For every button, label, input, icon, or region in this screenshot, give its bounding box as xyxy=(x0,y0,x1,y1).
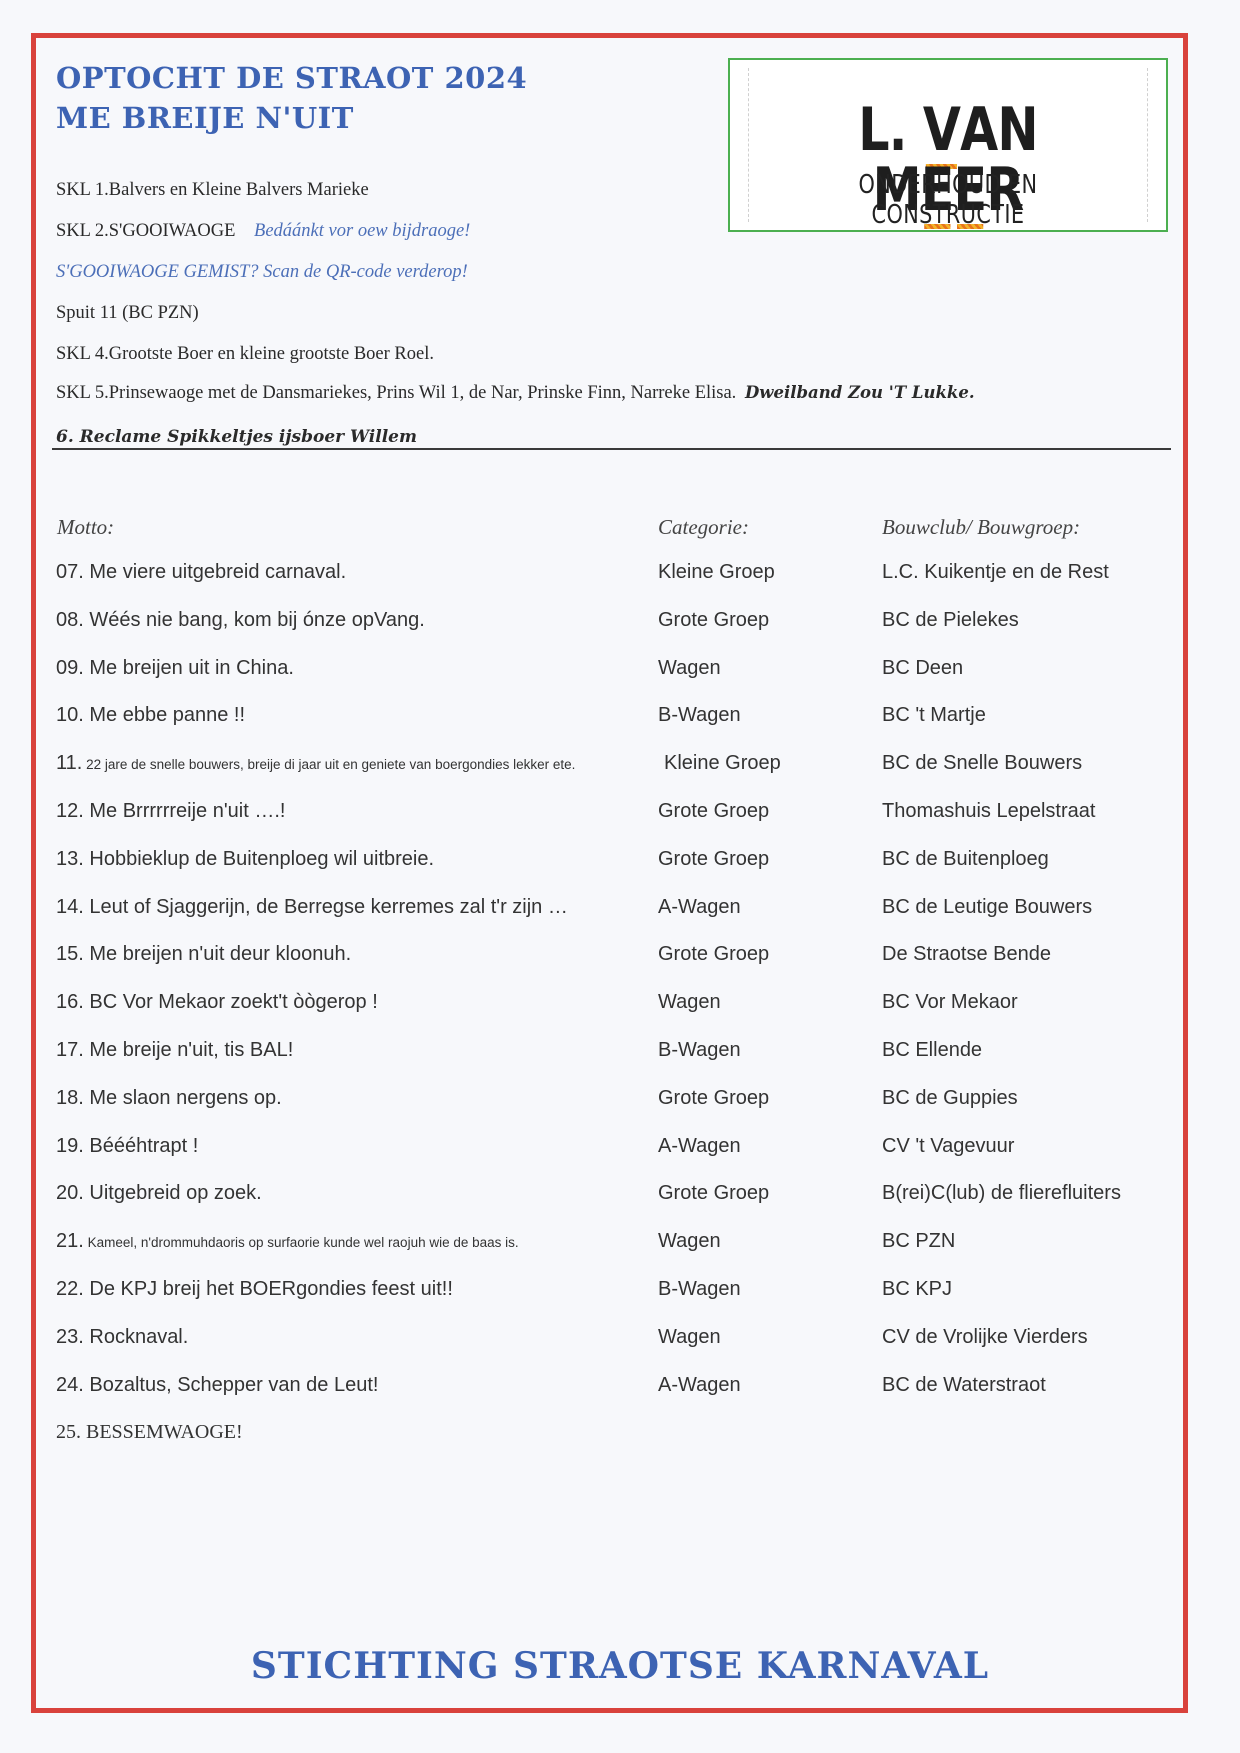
row-motto: 17. Me breije n'uit, tis BAL! xyxy=(56,1035,293,1065)
table-row: 07. Me viere uitgebreid carnaval.Kleine … xyxy=(0,557,1240,587)
row-motto-text: De KPJ breij het BOERgondies feest uit!! xyxy=(89,1278,453,1300)
row-category: Kleine Groep xyxy=(658,557,775,587)
row-number: 07. xyxy=(56,561,84,583)
table-row: 13. Hobbieklup de Buitenploeg wil uitbre… xyxy=(0,844,1240,874)
row-motto-text: Me breijen uit in China. xyxy=(89,657,294,679)
row-motto: 20. Uitgebreid op zoek. xyxy=(56,1178,262,1208)
row-number: 13. xyxy=(56,848,84,870)
row-motto-text: BC Vor Mekaor zoekt't òògerop ! xyxy=(89,991,377,1013)
row-club: CV 't Vagevuur xyxy=(882,1131,1014,1161)
row-category: Wagen xyxy=(658,987,721,1017)
row-motto: 18. Me slaon nergens op. xyxy=(56,1083,282,1113)
row-motto: 16. BC Vor Mekaor zoekt't òògerop ! xyxy=(56,987,378,1017)
row-motto-text: Me viere uitgebreid carnaval. xyxy=(89,561,346,583)
row-motto-text: Béééhtrapt ! xyxy=(89,1135,198,1157)
title-line-1: OPTOCHT DE STRAOT 2024 xyxy=(56,58,527,98)
header-club: Bouwclub/ Bouwgroep: xyxy=(882,515,1080,540)
row-category: Wagen xyxy=(658,653,721,683)
row-number: 17. xyxy=(56,1039,84,1061)
table-row: 11. 22 jare de snelle bouwers, breije di… xyxy=(0,748,1240,778)
row-motto-text: Me Brrrrrreije n'uit ….! xyxy=(89,800,285,822)
table-row: 12. Me Brrrrrreije n'uit ….!Grote GroepT… xyxy=(0,796,1240,826)
row-club: Thomashuis Lepelstraat xyxy=(882,796,1095,826)
sponsor-logo-inner: L. VAN MEER ONDERHOUD EN CONSTRUCTIE xyxy=(748,68,1148,222)
title-line-2: ME BREIJE N'UIT xyxy=(56,98,527,138)
row-motto: 09. Me breijen uit in China. xyxy=(56,653,294,683)
table-row: 19. Béééhtrapt !A-WagenCV 't Vagevuur xyxy=(0,1131,1240,1161)
intro-skl5-band: Dweilband Zou 'T Lukke. xyxy=(745,383,975,402)
table-row: 24. Bozaltus, Schepper van de Leut!A-Wag… xyxy=(0,1370,1240,1400)
table-row: 21. Kameel, n'drommuhdaoris op surfaorie… xyxy=(0,1226,1240,1256)
row-number: 14. xyxy=(56,896,84,918)
row-club: CV de Vrolijke Vierders xyxy=(882,1322,1088,1352)
intro-spuit: Spuit 11 (BC PZN) xyxy=(56,301,199,325)
intro-skl5: SKL 5.Prinsewaoge met de Dansmariekes, P… xyxy=(56,381,975,405)
row-club: BC de Buitenploeg xyxy=(882,844,1049,874)
row-number: 11. xyxy=(56,752,82,774)
row-motto-text: Hobbieklup de Buitenploeg wil uitbreie. xyxy=(89,848,434,870)
row-category: A-Wagen xyxy=(658,892,741,922)
row-club: BC Ellende xyxy=(882,1035,982,1065)
row-number: 24. xyxy=(56,1374,84,1396)
row-motto-text: Leut of Sjaggerijn, de Berregse kerremes… xyxy=(89,896,567,918)
row-motto-text: Me slaon nergens op. xyxy=(89,1087,281,1109)
row-motto: 11. 22 jare de snelle bouwers, breije di… xyxy=(56,748,575,780)
table-row: 09. Me breijen uit in China.WagenBC Deen xyxy=(0,653,1240,683)
row-number: 25. xyxy=(56,1421,81,1443)
intro-skl5-label: SKL 5.Prinsewaoge met de Dansmariekes, P… xyxy=(56,383,736,403)
row-motto: 13. Hobbieklup de Buitenploeg wil uitbre… xyxy=(56,844,434,874)
table-row: 10. Me ebbe panne !!B-WagenBC 't Martje xyxy=(0,700,1240,730)
table-row: 08. Wéés nie bang, kom bij ónze opVang.G… xyxy=(0,605,1240,635)
row-motto-text: Me breije n'uit, tis BAL! xyxy=(89,1039,293,1061)
row-motto-text: Uitgebreid op zoek. xyxy=(89,1182,261,1204)
row-number: 10. xyxy=(56,704,84,726)
row-club: BC de Guppies xyxy=(882,1083,1018,1113)
row-motto: 25. BESSEMWAOGE! xyxy=(56,1417,243,1447)
row-club: BC de Leutige Bouwers xyxy=(882,892,1092,922)
row-category: A-Wagen xyxy=(658,1370,741,1400)
intro-qr-note: S'GOOIWAOGE GEMIST? Scan de QR-code verd… xyxy=(56,260,468,284)
table-row: 22. De KPJ breij het BOERgondies feest u… xyxy=(0,1274,1240,1304)
intro-skl1: SKL 1.Balvers en Kleine Balvers Marieke xyxy=(56,178,369,202)
header-motto: Motto: xyxy=(57,515,114,540)
row-number: 09. xyxy=(56,657,84,679)
row-number: 08. xyxy=(56,609,84,631)
header-category: Categorie: xyxy=(658,515,749,540)
row-motto: 12. Me Brrrrrreije n'uit ….! xyxy=(56,796,285,826)
row-number: 12. xyxy=(56,800,84,822)
row-club: De Straotse Bende xyxy=(882,939,1051,969)
page-title: OPTOCHT DE STRAOT 2024 ME BREIJE N'UIT xyxy=(56,58,527,138)
table-row: 25. BESSEMWAOGE! xyxy=(0,1417,1240,1447)
row-category: Grote Groep xyxy=(658,1083,769,1113)
row-motto-text: Me ebbe panne !! xyxy=(89,704,245,726)
row-number: 21. xyxy=(56,1230,84,1252)
row-category: Grote Groep xyxy=(658,939,769,969)
row-category: Grote Groep xyxy=(658,1178,769,1208)
row-number: 18. xyxy=(56,1087,84,1109)
row-motto: 10. Me ebbe panne !! xyxy=(56,700,245,730)
row-motto: 21. Kameel, n'drommuhdaoris op surfaorie… xyxy=(56,1226,519,1258)
intro-skl2-thanks: Bedáánkt vor oew bijdraoge! xyxy=(254,221,470,241)
row-number: 16. xyxy=(56,991,84,1013)
row-category: Grote Groep xyxy=(658,796,769,826)
row-category: Grote Groep xyxy=(658,605,769,635)
intro-skl2: SKL 2.S'GOOIWAOGE Bedáánkt vor oew bijdr… xyxy=(56,219,470,243)
table-row: 15. Me breijen n'uit deur kloonuh.Grote … xyxy=(0,939,1240,969)
row-club: BC 't Martje xyxy=(882,700,986,730)
row-club: BC de Snelle Bouwers xyxy=(882,748,1082,778)
row-club: BC Deen xyxy=(882,653,963,683)
row-club: BC KPJ xyxy=(882,1274,952,1304)
row-club: BC Vor Mekaor xyxy=(882,987,1018,1017)
row-category: Kleine Groep xyxy=(664,748,781,778)
row-motto-text: Bozaltus, Schepper van de Leut! xyxy=(89,1374,378,1396)
table-row: 18. Me slaon nergens op.Grote GroepBC de… xyxy=(0,1083,1240,1113)
row-number: 20. xyxy=(56,1182,84,1204)
row-motto-text: BESSEMWAOGE! xyxy=(86,1421,243,1443)
table-row: 16. BC Vor Mekaor zoekt't òògerop !Wagen… xyxy=(0,987,1240,1017)
table-row: 17. Me breije n'uit, tis BAL!B-WagenBC E… xyxy=(0,1035,1240,1065)
intro-skl4: SKL 4.Grootste Boer en kleine grootste B… xyxy=(56,342,434,366)
row-category: B-Wagen xyxy=(658,1274,741,1304)
row-motto-text: Kameel, n'drommuhdaoris op surfaorie kun… xyxy=(88,1235,519,1250)
row-club: L.C. Kuikentje en de Rest xyxy=(882,557,1109,587)
row-motto-text: Wéés nie bang, kom bij ónze opVang. xyxy=(89,609,424,631)
sponsor-logo: L. VAN MEER ONDERHOUD EN CONSTRUCTIE xyxy=(728,58,1168,232)
table-row: 20. Uitgebreid op zoek.Grote GroepB(rei)… xyxy=(0,1178,1240,1208)
footer-organization: STICHTING STRAOTSE KARNAVAL xyxy=(0,1645,1240,1687)
row-number: 15. xyxy=(56,943,84,965)
row-motto-text: Rocknaval. xyxy=(89,1326,188,1348)
row-motto: 14. Leut of Sjaggerijn, de Berregse kerr… xyxy=(56,892,568,922)
row-number: 23. xyxy=(56,1326,84,1348)
intro-item6: 6. Reclame Spikkeltjes ijsboer Willem xyxy=(56,425,417,449)
row-motto: 24. Bozaltus, Schepper van de Leut! xyxy=(56,1370,378,1400)
row-category: B-Wagen xyxy=(658,700,741,730)
row-motto-text: Me breijen n'uit deur kloonuh. xyxy=(89,943,351,965)
row-club: BC PZN xyxy=(882,1226,955,1256)
row-category: Wagen xyxy=(658,1322,721,1352)
intro-skl2-label: SKL 2.S'GOOIWAOGE xyxy=(56,221,235,241)
row-category: Grote Groep xyxy=(658,844,769,874)
row-category: A-Wagen xyxy=(658,1131,741,1161)
row-motto: 23. Rocknaval. xyxy=(56,1322,188,1352)
row-motto: 22. De KPJ breij het BOERgondies feest u… xyxy=(56,1274,453,1304)
row-club: B(rei)C(lub) de flierefluiters xyxy=(882,1178,1121,1208)
row-number: 19. xyxy=(56,1135,84,1157)
sponsor-subtitle: ONDERHOUD EN CONSTRUCTIE xyxy=(789,170,1107,230)
row-motto: 07. Me viere uitgebreid carnaval. xyxy=(56,557,346,587)
row-motto: 15. Me breijen n'uit deur kloonuh. xyxy=(56,939,351,969)
row-motto: 08. Wéés nie bang, kom bij ónze opVang. xyxy=(56,605,425,635)
section-divider xyxy=(52,448,1171,450)
row-number: 22. xyxy=(56,1278,84,1300)
table-row: 23. Rocknaval.WagenCV de Vrolijke Vierde… xyxy=(0,1322,1240,1352)
row-motto-text: 22 jare de snelle bouwers, breije di jaa… xyxy=(86,757,575,772)
row-club: BC de Waterstraot xyxy=(882,1370,1046,1400)
row-category: Wagen xyxy=(658,1226,721,1256)
row-club: BC de Pielekes xyxy=(882,605,1019,635)
table-row: 14. Leut of Sjaggerijn, de Berregse kerr… xyxy=(0,892,1240,922)
row-category: B-Wagen xyxy=(658,1035,741,1065)
row-motto: 19. Béééhtrapt ! xyxy=(56,1131,198,1161)
